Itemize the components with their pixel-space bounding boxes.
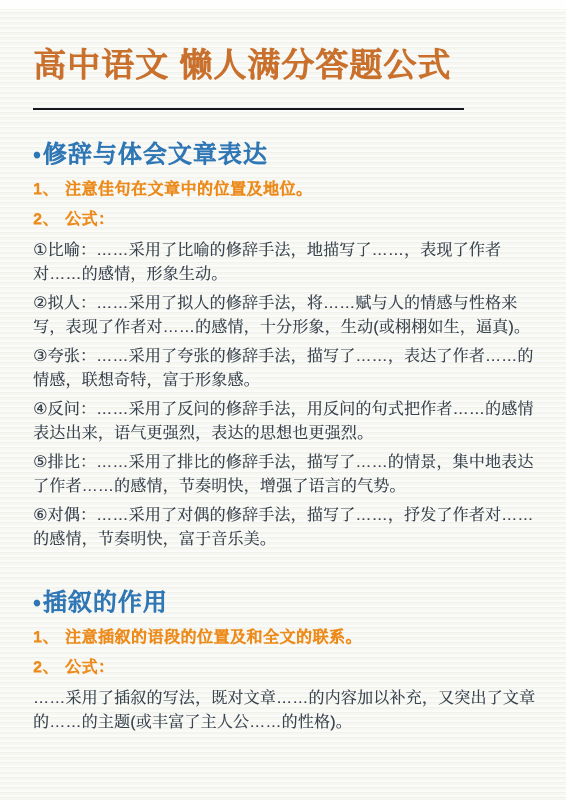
formula-item-flashback: ……采用了插叙的写法，既对文章……的内容加以补充，又突出了文章的……的主题(或丰… (33, 687, 536, 735)
formula-item-parallelism: ⑤排比：……采用了排比的修辞手法，描写了……的情景，集中地表达了作者……的感情，… (33, 451, 536, 499)
formula-item-metaphor: ①比喻：……采用了比喻的修辞手法，地描写了……，表现了作者对……的感情，形象生动… (33, 239, 536, 287)
note-item: 1、注意佳句在文章中的位置及地位。 (33, 180, 536, 200)
formula-item-personification: ②拟人：……采用了拟人的修辞手法，将……赋与人的情感与性格来写，表现了作者对……… (33, 292, 536, 340)
page: 高中语文 懒人满分答题公式 •修辞与体会文章表达 1、注意佳句在文章中的位置及地… (0, 0, 566, 800)
note-number: 1、 (33, 181, 59, 198)
title-divider (33, 108, 464, 110)
note-item: 2、公式： (33, 658, 536, 678)
section-rhetoric-heading: •修辞与体会文章表达 (33, 140, 536, 170)
formula-list: ①比喻：……采用了比喻的修辞手法，地描写了……，表现了作者对……的感情，形象生动… (33, 239, 536, 552)
note-number: 2、 (33, 659, 59, 676)
note-item: 2、公式： (33, 210, 536, 230)
note-number: 2、 (33, 211, 59, 228)
note-number: 1、 (33, 629, 59, 646)
section-rhetoric: •修辞与体会文章表达 1、注意佳句在文章中的位置及地位。 2、公式： ①比喻：…… (33, 140, 536, 552)
page-title: 高中语文 懒人满分答题公式 (33, 45, 536, 85)
section-heading-text: 插叙的作用 (43, 589, 168, 616)
section-flashback: •插叙的作用 1、注意插叙的语段的位置及和全文的联系。 2、公式： ……采用了插… (33, 588, 536, 735)
note-text: 注意佳句在文章中的位置及地位。 (65, 181, 313, 198)
note-item: 1、注意插叙的语段的位置及和全文的联系。 (33, 628, 536, 648)
formula-list: ……采用了插叙的写法，既对文章……的内容加以补充，又突出了文章的……的主题(或丰… (33, 687, 536, 735)
section-flashback-heading: •插叙的作用 (33, 588, 536, 618)
bullet-icon: • (33, 142, 42, 167)
content-area: 高中语文 懒人满分答题公式 •修辞与体会文章表达 1、注意佳句在文章中的位置及地… (0, 0, 566, 735)
section-heading-text: 修辞与体会文章表达 (43, 141, 268, 168)
formula-item-rhetorical-question: ④反问：……采用了反问的修辞手法，用反问的句式把作者……的感情表达出来，语气更强… (33, 398, 536, 446)
bullet-icon: • (33, 590, 42, 615)
note-text: 公式： (65, 659, 115, 676)
formula-item-antithesis: ⑥对偶：……采用了对偶的修辞手法，描写了……，抒发了作者对……的感情，节奏明快，… (33, 504, 536, 552)
formula-item-hyperbole: ③夸张：……采用了夸张的修辞手法，描写了……，表达了作者……的情感，联想奇特，富… (33, 345, 536, 393)
note-text: 公式： (65, 211, 115, 228)
note-text: 注意插叙的语段的位置及和全文的联系。 (65, 629, 362, 646)
